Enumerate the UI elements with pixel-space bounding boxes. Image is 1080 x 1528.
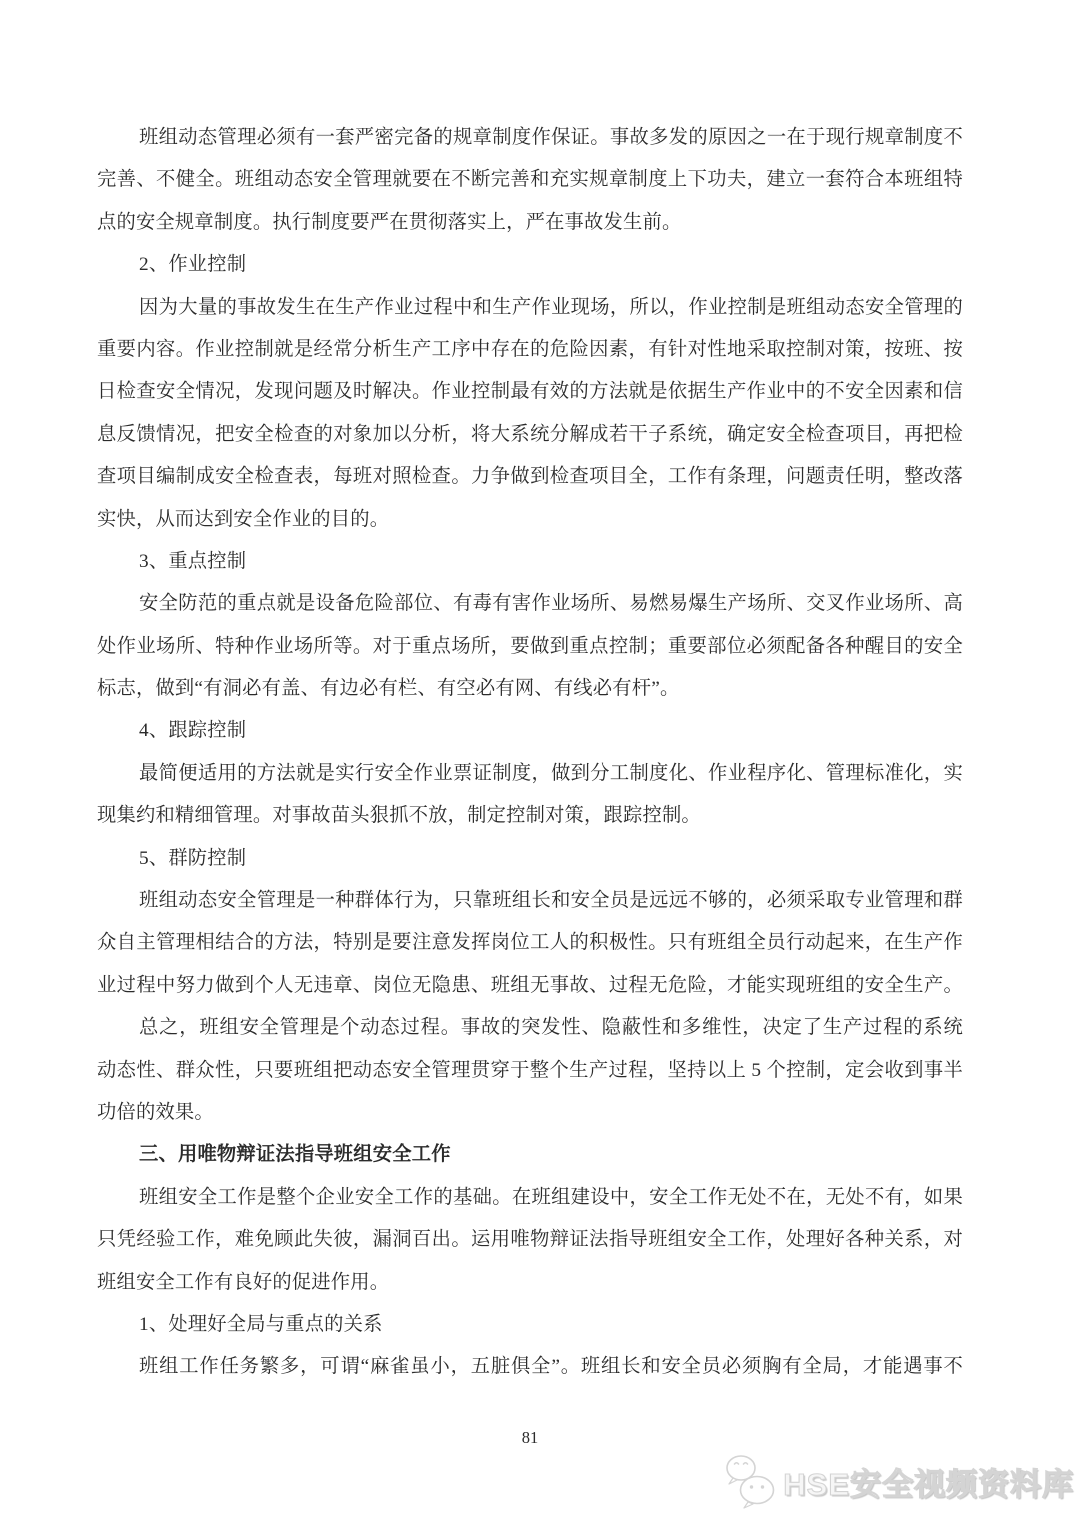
watermark-text: HSE安全视频资料库: [783, 1459, 1074, 1504]
text-line: 班组安全工作有良好的促进作用。: [97, 1262, 963, 1304]
text-line: 最简便适用的方法就是实行安全作业票证制度，做到分工制度化、作业程序化、管理标准化…: [97, 753, 963, 795]
text-line: 因为大量的事故发生在生产作业过程中和生产作业现场，所以，作业控制是班组动态安全管…: [97, 287, 963, 329]
text-line: 重要内容。作业控制就是经常分析生产工序中存在的危险因素，有针对性地采取控制对策，…: [97, 329, 963, 371]
text-line: 现集约和精细管理。对事故苗头狠抓不放，制定控制对策，跟踪控制。: [97, 795, 963, 837]
text-line: 安全防范的重点就是设备危险部位、有毒有害作业场所、易燃易爆生产场所、交叉作业场所…: [97, 583, 963, 625]
document-page: 班组动态管理必须有一套严密完备的规章制度作保证。事故多发的原因之一在于现行规章制…: [0, 0, 1080, 1528]
text-line: 息反馈情况，把安全检查的对象加以分析，将大系统分解成若干子系统，确定安全检查项目…: [97, 414, 963, 456]
watermark: HSE安全视频资料库: [724, 1452, 1074, 1510]
text-line: 只凭经验工作，难免顾此失彼，漏洞百出。运用唯物辩证法指导班组安全工作，处理好各种…: [97, 1219, 963, 1261]
text-line: 班组动态管理必须有一套严密完备的规章制度作保证。事故多发的原因之一在于现行规章制…: [97, 117, 963, 159]
text-line: 众自主管理相结合的方法，特别是要注意发挥岗位工人的积极性。只有班组全员行动起来，…: [97, 922, 963, 964]
text-line: 业过程中努力做到个人无违章、岗位无隐患、班组无事故、过程无危险，才能实现班组的安…: [97, 965, 963, 1007]
text-line: 1、处理好全局与重点的关系: [97, 1304, 963, 1346]
wechat-icon: [724, 1452, 778, 1510]
text-line: 班组动态安全管理是一种群体行为，只靠班组长和安全员是远远不够的，必须采取专业管理…: [97, 880, 963, 922]
text-line: 完善、不健全。班组动态安全管理就要在不断完善和充实规章制度上下功夫，建立一套符合…: [97, 159, 963, 201]
text-line: 总之，班组安全管理是个动态过程。事故的突发性、隐蔽性和多维性，决定了生产过程的系…: [97, 1007, 963, 1049]
text-line: 3、重点控制: [97, 541, 963, 583]
text-line: 2、作业控制: [97, 244, 963, 286]
text-line: 动态性、群众性，只要班组把动态安全管理贯穿于整个生产过程，坚持以上 5 个控制，…: [97, 1050, 963, 1092]
text-line: 标志，做到“有洞必有盖、有边必有栏、有空必有网、有线必有杆”。: [97, 668, 963, 710]
text-line: 查项目编制成安全检查表，每班对照检查。力争做到检查项目全，工作有条理，问题责任明…: [97, 456, 963, 498]
text-line: 处作业场所、特种作业场所等。对于重点场所，要做到重点控制；重要部位必须配备各种醒…: [97, 626, 963, 668]
text-line: 班组工作任务繁多，可谓“麻雀虽小，五脏俱全”。班组长和安全员必须胸有全局，才能遇…: [97, 1346, 963, 1388]
section-heading-line: 三、用唯物辩证法指导班组安全工作: [97, 1134, 963, 1176]
text-line: 实快，从而达到安全作业的目的。: [97, 499, 963, 541]
text-line: 日检查安全情况，发现问题及时解决。作业控制最有效的方法就是依据生产作业中的不安全…: [97, 371, 963, 413]
text-line: 点的安全规章制度。执行制度要严在贯彻落实上，严在事故发生前。: [97, 202, 963, 244]
text-line: 4、跟踪控制: [97, 710, 963, 752]
text-line: 5、群防控制: [97, 838, 963, 880]
page-number: 81: [97, 1428, 963, 1448]
text-line: 功倍的效果。: [97, 1092, 963, 1134]
document-body: 班组动态管理必须有一套严密完备的规章制度作保证。事故多发的原因之一在于现行规章制…: [97, 117, 963, 1389]
text-line: 班组安全工作是整个企业安全工作的基础。在班组建设中，安全工作无处不在，无处不有，…: [97, 1177, 963, 1219]
